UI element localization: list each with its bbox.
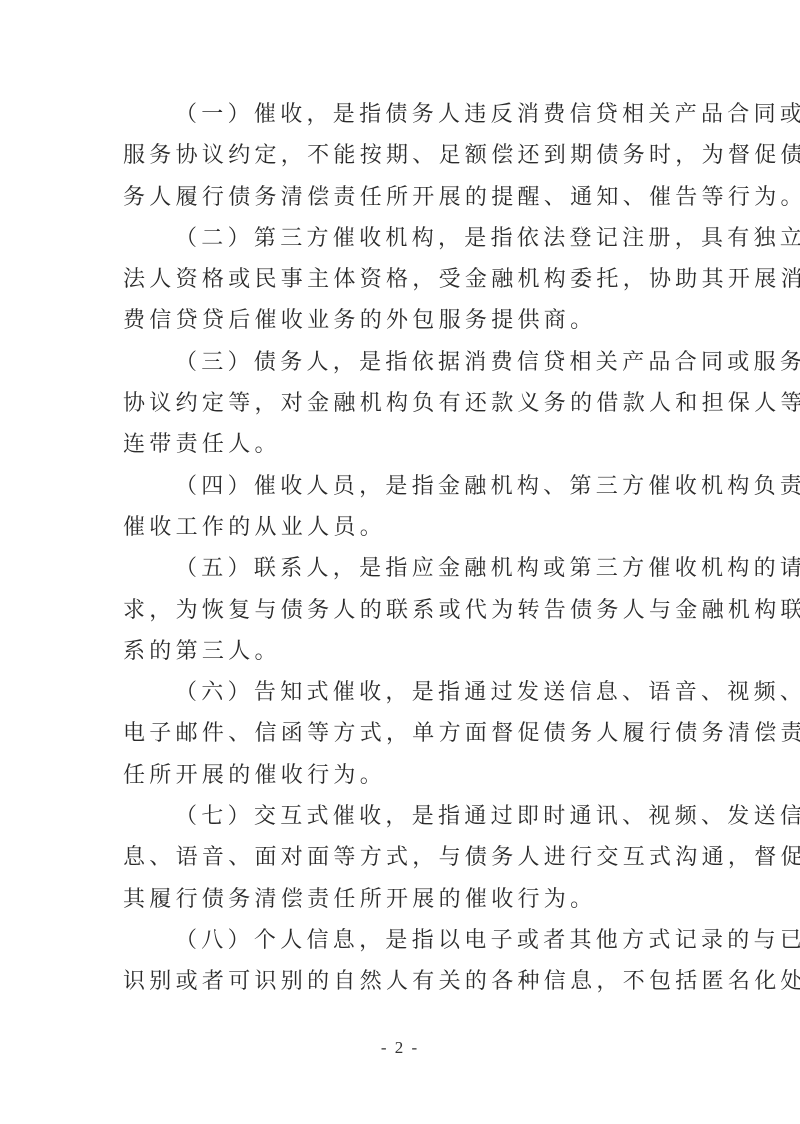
paragraph-7-interactive-collection: （七）交互式催收，是指通过即时通讯、视频、发送信 息、语音、面对面等方式，与债务…: [123, 796, 679, 920]
paragraph-3-debtor: （三）债务人，是指依据消费信贷相关产品合同或服务 协议约定等，对金融机构负有还款…: [123, 342, 679, 466]
body-text: （一）催收，是指债务人违反消费信贷相关产品合同或 服务协议约定，不能按期、足额偿…: [123, 94, 679, 1003]
paragraph-2-third-party-agency: （二）第三方催收机构，是指依法登记注册，具有独立 法人资格或民事主体资格，受金融…: [123, 218, 679, 342]
text-line: 务人履行债务清偿责任所开展的提醒、通知、催告等行为。: [123, 177, 679, 218]
document-page: （一）催收，是指债务人违反消费信贷相关产品合同或 服务协议约定，不能按期、足额偿…: [0, 0, 800, 1124]
text-line: 费信贷贷后催收业务的外包服务提供商。: [123, 300, 679, 341]
paragraph-5-contact-person: （五）联系人，是指应金融机构或第三方催收机构的请 求，为恢复与债务人的联系或代为…: [123, 548, 679, 672]
text-line: 连带责任人。: [123, 424, 679, 465]
text-line: （六）告知式催收，是指通过发送信息、语音、视频、: [123, 672, 679, 713]
text-line: 求，为恢复与债务人的联系或代为转告债务人与金融机构联: [123, 590, 679, 631]
text-line: （一）催收，是指债务人违反消费信贷相关产品合同或: [123, 94, 679, 135]
text-line: （三）债务人，是指依据消费信贷相关产品合同或服务: [123, 342, 679, 383]
text-line: 法人资格或民事主体资格，受金融机构委托，协助其开展消: [123, 259, 679, 300]
text-line: 息、语音、面对面等方式，与债务人进行交互式沟通，督促: [123, 837, 679, 878]
text-line: （八）个人信息，是指以电子或者其他方式记录的与已: [123, 920, 679, 961]
text-line: 催收工作的从业人员。: [123, 507, 679, 548]
paragraph-6-notification-collection: （六）告知式催收，是指通过发送信息、语音、视频、 电子邮件、信函等方式，单方面督…: [123, 672, 679, 796]
paragraph-4-collection-staff: （四）催收人员，是指金融机构、第三方催收机构负责 催收工作的从业人员。: [123, 466, 679, 549]
paragraph-8-personal-information: （八）个人信息，是指以电子或者其他方式记录的与已 识别或者可识别的自然人有关的各…: [123, 920, 679, 1003]
page-number: - 2 -: [0, 1038, 800, 1058]
text-line: 电子邮件、信函等方式，单方面督促债务人履行债务清偿责: [123, 713, 679, 754]
text-line: （四）催收人员，是指金融机构、第三方催收机构负责: [123, 466, 679, 507]
text-line: 识别或者可识别的自然人有关的各种信息，不包括匿名化处: [123, 961, 679, 1002]
paragraph-1-collection-definition: （一）催收，是指债务人违反消费信贷相关产品合同或 服务协议约定，不能按期、足额偿…: [123, 94, 679, 218]
text-line: （七）交互式催收，是指通过即时通讯、视频、发送信: [123, 796, 679, 837]
text-line: 任所开展的催收行为。: [123, 755, 679, 796]
text-line: 系的第三人。: [123, 631, 679, 672]
text-line: 服务协议约定，不能按期、足额偿还到期债务时，为督促债: [123, 135, 679, 176]
text-line: （二）第三方催收机构，是指依法登记注册，具有独立: [123, 218, 679, 259]
text-line: （五）联系人，是指应金融机构或第三方催收机构的请: [123, 548, 679, 589]
text-line: 协议约定等，对金融机构负有还款义务的借款人和担保人等: [123, 383, 679, 424]
text-line: 其履行债务清偿责任所开展的催收行为。: [123, 879, 679, 920]
